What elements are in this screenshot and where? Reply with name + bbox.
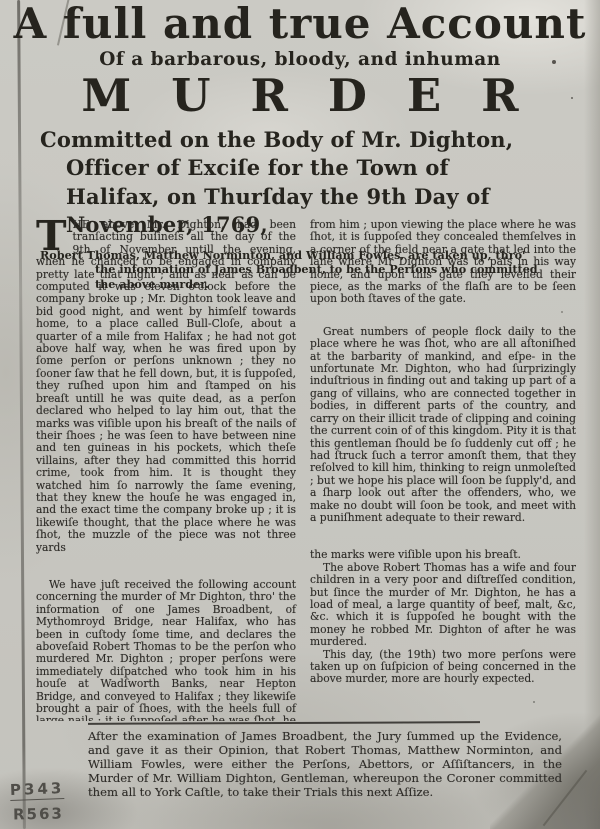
paragraph-account-2: We have juſt received the following acco… xyxy=(36,579,296,721)
subtitle-line: Of a barbarous, bloody, and inhuman xyxy=(0,49,600,70)
divider-rule xyxy=(88,721,480,725)
main-title: A full and true Account xyxy=(0,0,600,46)
broadside-page: A full and true Account Of a barbarous, … xyxy=(0,0,600,829)
right-column: from him ; upon viewing the place where … xyxy=(310,219,576,721)
left-column: THE above Mr. Dighton, had been tranſact… xyxy=(36,219,296,721)
verdict-paragraph: After the examination of James Broadbent… xyxy=(88,730,562,800)
paragraph-text: HE above Mr. Dighton, had been tranſacti… xyxy=(36,219,296,554)
body-columns: THE above Mr. Dighton, had been tranſact… xyxy=(36,219,576,721)
paragraph-robert-thomas: The above Robert Thomas has a wife and f… xyxy=(310,562,576,649)
paragraph-account-1: THE above Mr. Dighton, had been tranſact… xyxy=(36,219,296,554)
paragraph-gate: from him ; upon viewing the place where … xyxy=(310,219,576,306)
pencil-shelfmark-p343: P343 xyxy=(10,779,65,801)
paragraph-crowds: Great numbers of people flock daily to t… xyxy=(310,326,576,525)
paragraph-this-day: This day, (the 19th) two more perſons we… xyxy=(310,649,576,686)
drop-cap-letter: T xyxy=(36,219,73,253)
murder-headline: MURDER xyxy=(0,73,600,118)
pencil-shelfmark-r563: R563 xyxy=(13,805,64,824)
paragraph-continuation: the marks were viſible upon his breaſt. xyxy=(310,549,576,561)
